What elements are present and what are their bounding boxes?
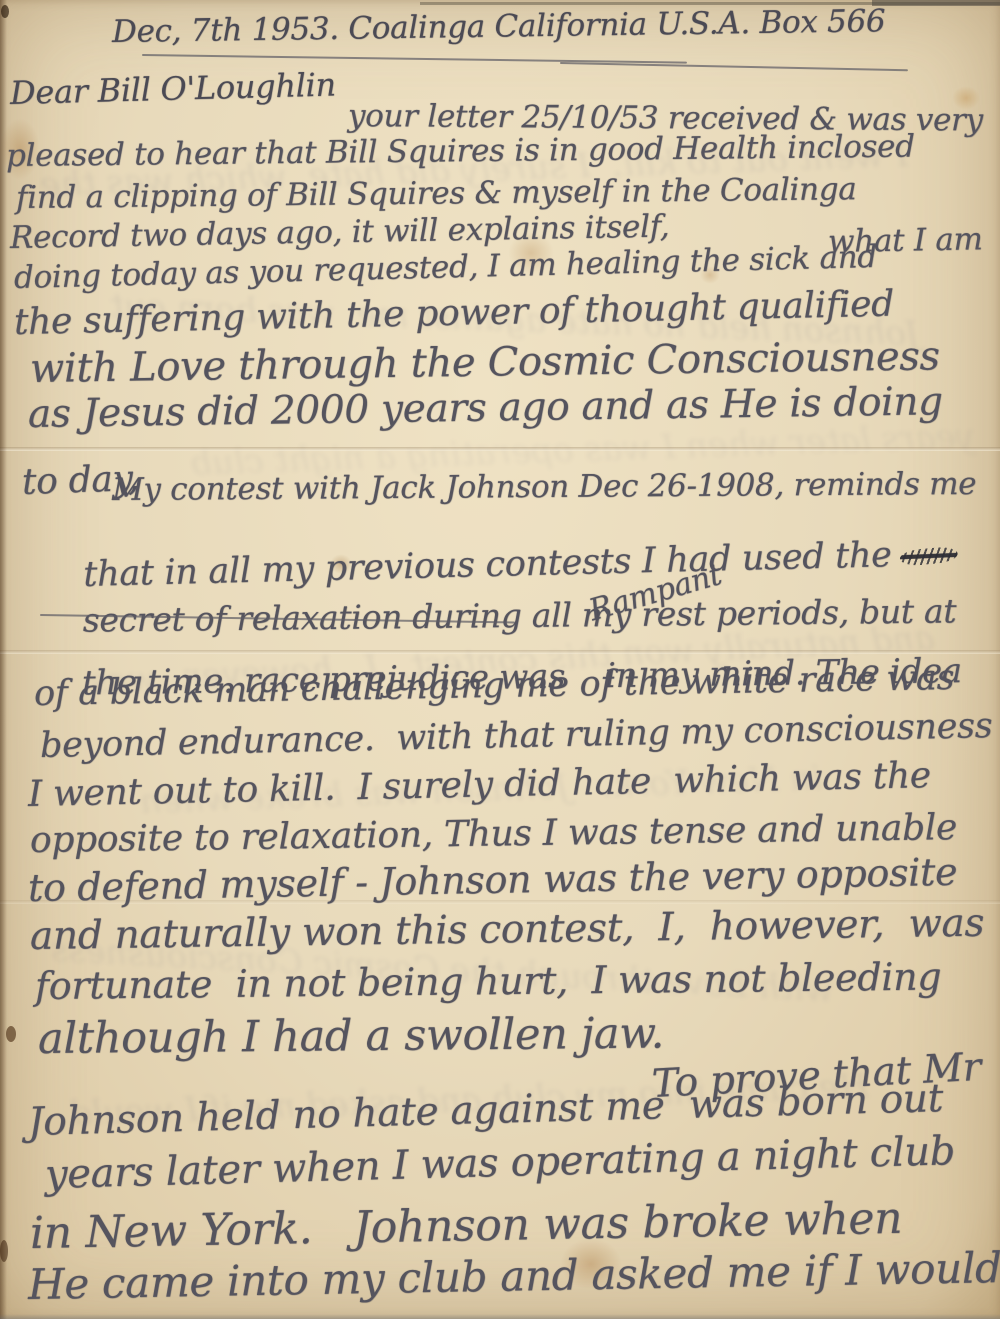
fold-crease [0, 447, 1000, 451]
letter-line: and naturally won this contest, I, howev… [30, 901, 985, 959]
salutation: Dear Bill O'Loughlin [10, 65, 337, 112]
date-line: Dec, 7th 1953. Coalinga California U.S.A… [112, 3, 886, 50]
paper-top-edge [872, 0, 1000, 6]
letter-line: although I had a swollen jaw. [38, 1009, 664, 1064]
paper-speck [0, 1240, 8, 1262]
paper-speck [1, 5, 9, 18]
pencil-underline [560, 62, 908, 71]
paper-left-edge [0, 0, 7, 1319]
paper-bottom-edge [0, 1314, 1000, 1319]
letter-line: find a clipping of Bill Squires & myself… [16, 171, 857, 216]
letter-page: I went out to kill. I surely did hate wh… [0, 0, 1000, 1319]
paper-speck [6, 1026, 16, 1042]
